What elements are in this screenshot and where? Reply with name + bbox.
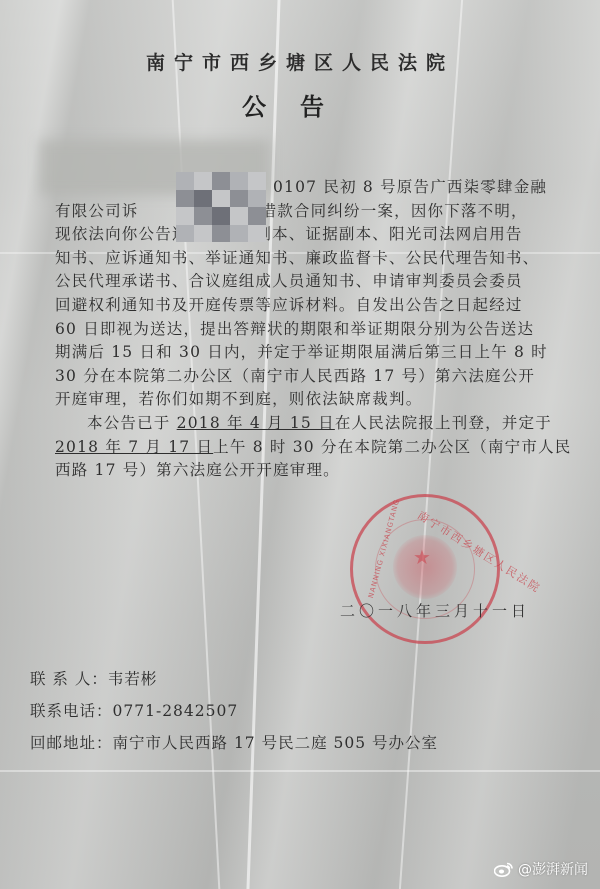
publication-line: 本公告已于 2018 年 4 月 15 日在人民法院报上刊登，并定于 bbox=[55, 412, 555, 436]
hearing-date: 2018 年 7 月 17 日 bbox=[55, 438, 213, 456]
body-line: 有限公司诉借款合同纠纷一案，因你下落不明， bbox=[55, 200, 555, 224]
notice-body: 0107 民初 8 号原告广西柒零肆金融 有限公司诉借款合同纠纷一案，因你下落不… bbox=[55, 176, 555, 483]
publication-text: 在人民法院报上刊登，并定于 bbox=[335, 414, 552, 432]
body-line: 知书、应诉通知书、举证通知书、廉政监督卡、公民代理告知书、 bbox=[55, 247, 555, 271]
contact-phone-value: 0771-2842507 bbox=[113, 702, 239, 720]
contact-person: 联 系 人：韦若彬 bbox=[30, 667, 157, 689]
body-line: 现依法向你公告送达起诉状副本、证据副本、阳光司法网启用告 bbox=[55, 223, 555, 247]
body-line: 30 分在本院第二办公区（南宁市人民西路 17 号）第六法庭公开 bbox=[55, 365, 555, 389]
hearing-place-line: 西路 17 号）第六法庭公开开庭审理。 bbox=[55, 459, 555, 483]
return-address-label: 回邮地址： bbox=[30, 734, 113, 752]
body-line: 开庭审理，若你们如期不到庭，则依法缺席裁判。 bbox=[55, 388, 555, 412]
body-line: 期满后 15 日和 30 日内，并定于举证期限届满后第三日上午 8 时 bbox=[55, 341, 555, 365]
hearing-line: 2018 年 7 月 17 日上午 8 时 30 分在本院第二办公区（南宁市人民 bbox=[55, 436, 555, 460]
paper-crease bbox=[0, 770, 600, 772]
body-line: 0107 民初 8 号原告广西柒零肆金融 bbox=[55, 176, 555, 200]
watermark-text: @澎湃新闻 bbox=[518, 859, 588, 879]
star-icon: ★ bbox=[413, 545, 431, 569]
weibo-icon bbox=[494, 861, 514, 877]
return-address-value: 南宁市人民西路 17 号民二庭 505 号办公室 bbox=[113, 734, 439, 752]
body-line: 公民代理承诺书、合议庭组成人员通知书、申请审判委员会委员 bbox=[55, 270, 555, 294]
contact-phone-label: 联系电话： bbox=[30, 702, 113, 720]
body-line: 60 日即视为送达，提出答辩状的期限和举证期限分别为公告送达 bbox=[55, 318, 555, 342]
issue-date: 二〇一八年三月十一日 bbox=[340, 600, 530, 621]
hearing-detail: 上午 8 时 30 分在本院第二办公区（南宁市人民 bbox=[213, 438, 571, 456]
court-seal: ★ 南宁市西乡塘区人民法院 NANNING XIXIANGTANG bbox=[350, 494, 500, 644]
contact-person-value: 韦若彬 bbox=[108, 670, 158, 688]
contact-person-label: 联 系 人： bbox=[30, 670, 108, 688]
body-line: 回避权利通知书及开庭传票等应诉材料。自发出公告之日起经过 bbox=[55, 294, 555, 318]
notice-title: 公告 bbox=[0, 87, 600, 122]
pixelated-redaction bbox=[176, 172, 266, 242]
document-photo: 南宁市西乡塘区人民法院 公告 0107 民初 8 号原告广西柒零肆金融 有限公司… bbox=[0, 0, 600, 889]
watermark: @澎湃新闻 bbox=[494, 859, 588, 879]
body-fragment: 借款合同纠纷一案，因你下落不明， bbox=[261, 202, 528, 220]
published-date: 2018 年 4 月 15 日 bbox=[177, 414, 335, 432]
contact-phone: 联系电话：0771-2842507 bbox=[30, 699, 238, 721]
body-fragment: 有限公司诉 bbox=[55, 202, 139, 220]
publication-prefix: 本公告已于 bbox=[87, 414, 171, 432]
return-address: 回邮地址：南宁市人民西路 17 号民二庭 505 号办公室 bbox=[30, 731, 438, 753]
court-name: 南宁市西乡塘区人民法院 bbox=[0, 48, 600, 75]
